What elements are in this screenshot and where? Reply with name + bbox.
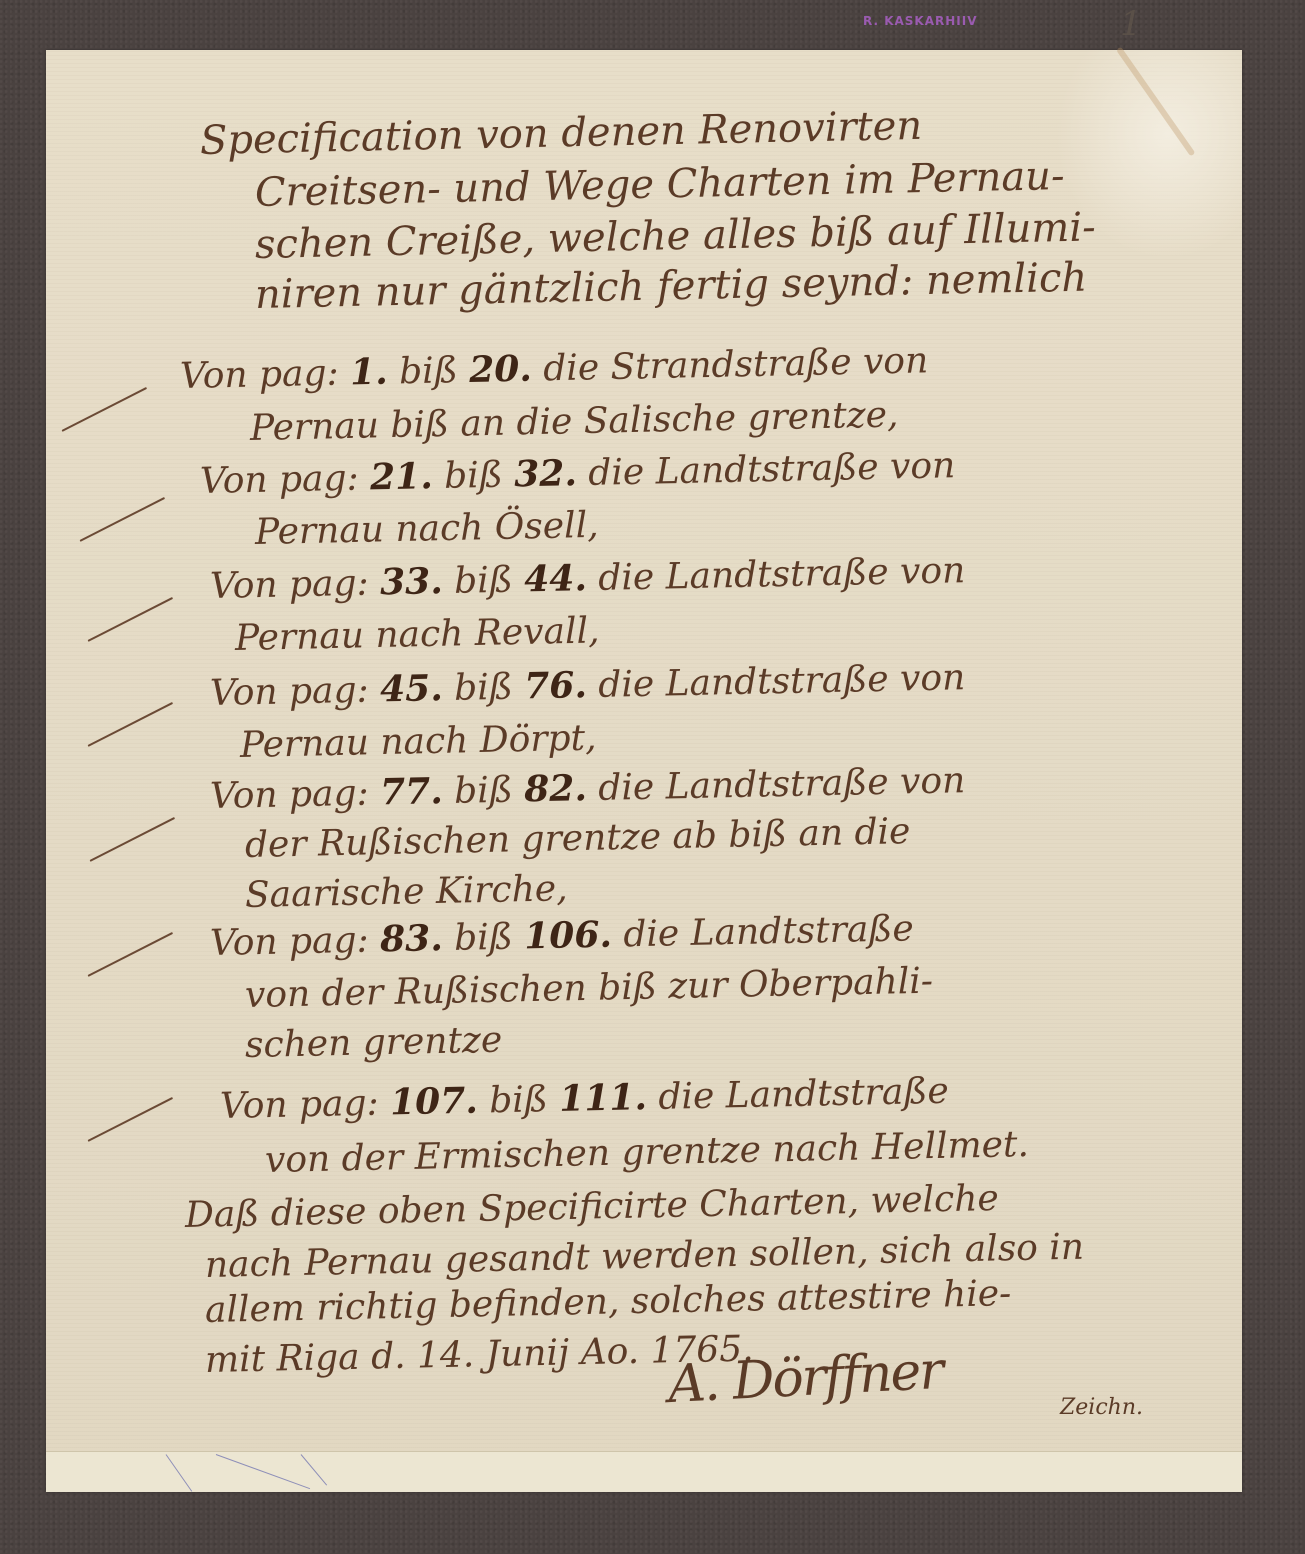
- entry-1-from-page: 1.: [350, 351, 388, 394]
- pencil-mark: [166, 1454, 193, 1491]
- entry-6-from-page: 83.: [380, 917, 444, 960]
- page-number: 1: [1120, 4, 1142, 44]
- pencil-mark: [301, 1454, 327, 1485]
- entry-4-from-page: 45.: [380, 667, 444, 710]
- entry-1-to-page: 20.: [469, 348, 533, 391]
- entry-2-from-page: 21.: [370, 455, 434, 498]
- entry-3-line-2: Pernau nach Revall,: [235, 610, 600, 659]
- archive-stamp: R. KASKARHIIV: [863, 14, 978, 28]
- entry-6-line-3: schen grentze: [245, 1020, 503, 1066]
- entry-2-to-page: 32.: [514, 452, 578, 495]
- entry-3-from-page: 33.: [380, 560, 444, 603]
- entry-5-to-page: 82.: [524, 767, 588, 810]
- entry-7-to-page: 111.: [559, 1076, 648, 1120]
- entry-6-to-page: 106.: [524, 914, 613, 958]
- entry-5-from-page: 77.: [380, 770, 444, 813]
- pencil-mark: [216, 1454, 310, 1489]
- entry-2-line-2: Pernau nach Ösell,: [255, 505, 599, 553]
- entry-4-to-page: 76.: [524, 664, 588, 707]
- entry-4-line-2: Pernau nach Dörpt,: [240, 718, 597, 766]
- mounting-strip: [46, 1451, 1242, 1492]
- signature-suffix: Zeichn.: [1060, 1395, 1143, 1420]
- entry-7-from-page: 107.: [390, 1080, 479, 1124]
- entry-3-to-page: 44.: [524, 557, 588, 600]
- entry-5-line-3: Saarische Kirche,: [245, 868, 568, 916]
